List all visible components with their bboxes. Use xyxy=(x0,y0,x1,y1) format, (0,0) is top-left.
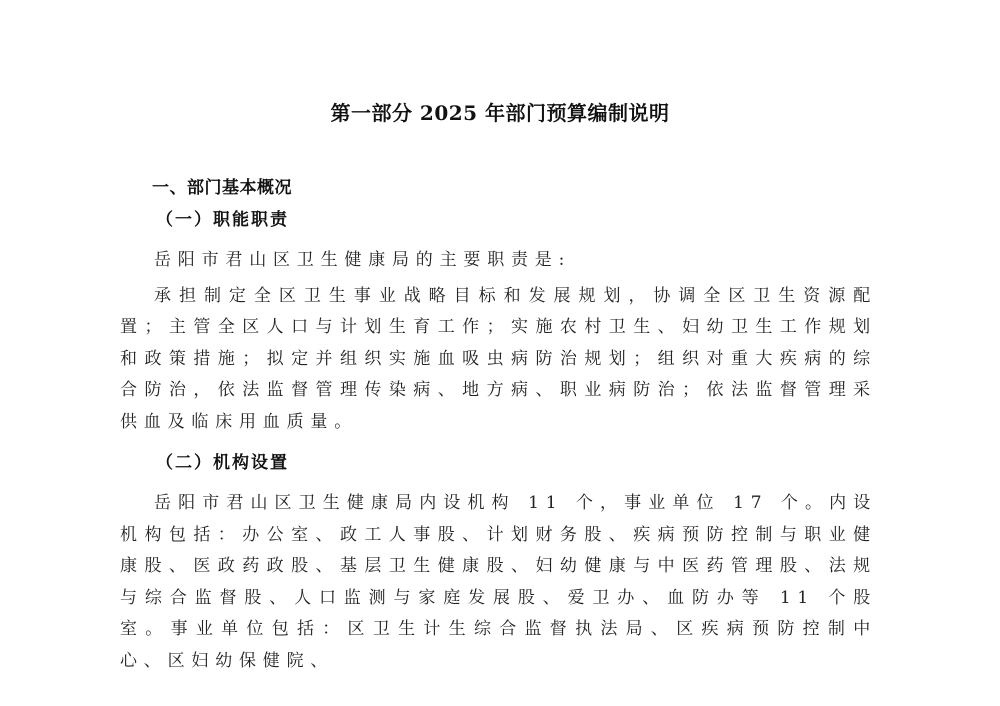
document-page: 第一部分 2025 年部门预算编制说明 一、部门基本概况 （一）职能职责 岳阳市… xyxy=(0,0,1000,706)
section-heading-basic-overview: 一、部门基本概况 xyxy=(120,172,877,204)
page-title: 第一部分 2025 年部门预算编制说明 xyxy=(0,98,1000,128)
paragraph-organization: 岳阳市君山区卫生健康局内设机构 11 个，事业单位 17 个。内设机构包括：办公… xyxy=(120,488,877,677)
subsection-heading-organization: （二）机构设置 xyxy=(120,447,877,479)
paragraph-functions-detail: 承担制定全区卫生事业战略目标和发展规划，协调全区卫生资源配置；主管全区人口与计划… xyxy=(120,281,877,439)
subsection-heading-functions: （一）职能职责 xyxy=(120,204,877,236)
paragraph-functions-intro: 岳阳市君山区卫生健康局的主要职责是: xyxy=(120,245,877,277)
document-body: 一、部门基本概况 （一）职能职责 岳阳市君山区卫生健康局的主要职责是: 承担制定… xyxy=(120,172,877,677)
